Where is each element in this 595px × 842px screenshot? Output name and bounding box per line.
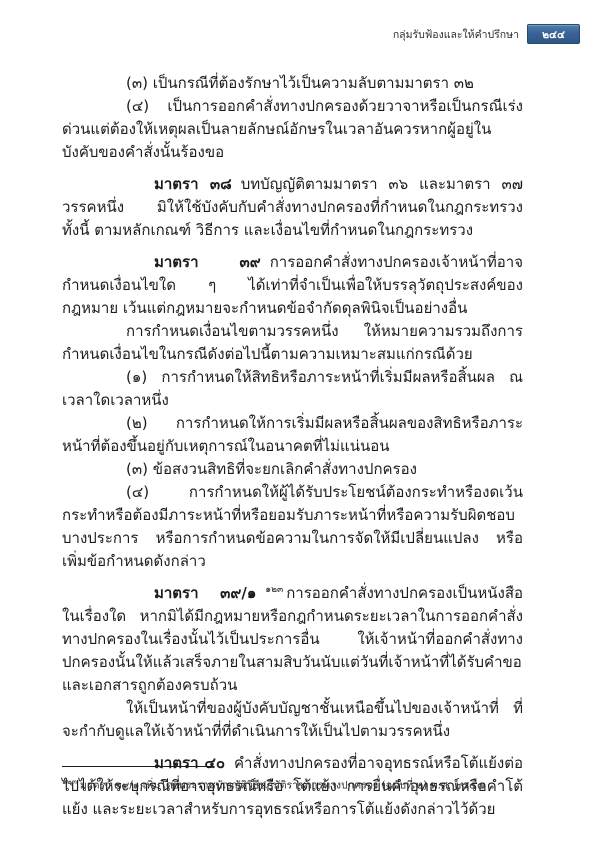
header-group-label: กลุ่มรับฟ้องและให้คำปรึกษา — [393, 26, 519, 43]
paragraph-text: (๓) เป็นกรณีที่ต้องรักษาไว้เป็นความลับตา… — [126, 74, 474, 92]
paragraph: (๔) เป็นการออกคำสั่งทางปกครองด้วยวาจาหรื… — [62, 95, 523, 164]
paragraph-text: (๑) การกำหนดให้สิทธิหรือภาระหน้าที่เริ่ม… — [62, 368, 523, 409]
section-number: มาตรา ๓๙/๑ — [154, 584, 265, 602]
page-number-badge: ๒๔๔ — [527, 24, 580, 44]
paragraph-text: บทบัญญัติตามมาตรา ๓๖ และมาตรา ๓๗ วรรคหนึ… — [62, 175, 523, 239]
paragraph: (๑) การกำหนดให้สิทธิหรือภาระหน้าที่เริ่ม… — [62, 366, 523, 412]
section-number: มาตรา ๓๘ — [154, 175, 241, 193]
document-body: (๓) เป็นกรณีที่ต้องรักษาไว้เป็นความลับตา… — [62, 72, 523, 821]
document-page: กลุ่มรับฟ้องและให้คำปรึกษา ๒๔๔ (๓) เป็นก… — [0, 0, 595, 842]
paragraph-text: การออกคำสั่งทางปกครองเป็นหนังสือในเรื่อง… — [62, 584, 523, 694]
paragraph: (๔) การกำหนดให้ผู้ได้รับประโยชน์ต้องกระท… — [62, 481, 523, 573]
paragraph-text: การกำหนดเงื่อนไขตามวรรคหนึ่ง ให้หมายความ… — [62, 322, 523, 363]
section-paragraph: มาตรา ๓๙/๑๑๒๓การออกคำสั่งทางปกครองเป็นหน… — [62, 582, 523, 697]
paragraph: (๓) ข้อสงวนสิทธิที่จะยกเลิกคำสั่งทางปกคร… — [62, 458, 523, 481]
page-header: กลุ่มรับฟ้องและให้คำปรึกษา ๒๔๔ — [0, 24, 580, 44]
footnote: ๑๒๓มาตรา ๓๙/๑ เพิ่มโดยพระราชบัญญัติวิธีป… — [62, 775, 523, 793]
footnote-area: ๑๒๓มาตรา ๓๙/๑ เพิ่มโดยพระราชบัญญัติวิธีป… — [62, 766, 523, 793]
footnote-marker: ๑๒๓ — [62, 777, 80, 786]
paragraph-text: (๔) การกำหนดให้ผู้ได้รับประโยชน์ต้องกระท… — [62, 483, 523, 570]
paragraph-text: การออกคำสั่งทางปกครองเจ้าหน้าที่อาจกำหนด… — [62, 253, 523, 317]
paragraph: (๒) การกำหนดให้การเริ่มมีผลหรือสิ้นผลของ… — [62, 412, 523, 458]
paragraph-text: (๒) การกำหนดให้การเริ่มมีผลหรือสิ้นผลของ… — [62, 414, 523, 455]
footnote-reference: ๑๒๓ — [265, 585, 286, 595]
section-number: มาตรา ๓๙ — [154, 253, 270, 271]
paragraph-text: (๓) ข้อสงวนสิทธิที่จะยกเลิกคำสั่งทางปกคร… — [126, 460, 417, 478]
footnote-divider — [62, 766, 212, 767]
section-paragraph: มาตรา ๓๘บทบัญญัติตามมาตรา ๓๖ และมาตรา ๓๗… — [62, 173, 523, 242]
section-paragraph: มาตรา ๓๙การออกคำสั่งทางปกครองเจ้าหน้าที่… — [62, 251, 523, 320]
paragraph: การกำหนดเงื่อนไขตามวรรคหนึ่ง ให้หมายความ… — [62, 320, 523, 366]
paragraph-text: (๔) เป็นการออกคำสั่งทางปกครองด้วยวาจาหรื… — [62, 97, 523, 161]
paragraph-text: ให้เป็นหน้าที่ของผู้บังคับบัญชาชั้นเหนือ… — [62, 699, 523, 740]
footnote-text: มาตรา ๓๙/๑ เพิ่มโดยพระราชบัญญัติวิธีปฏิบ… — [80, 780, 485, 792]
paragraph: ให้เป็นหน้าที่ของผู้บังคับบัญชาชั้นเหนือ… — [62, 697, 523, 743]
paragraph: (๓) เป็นกรณีที่ต้องรักษาไว้เป็นความลับตา… — [62, 72, 523, 95]
